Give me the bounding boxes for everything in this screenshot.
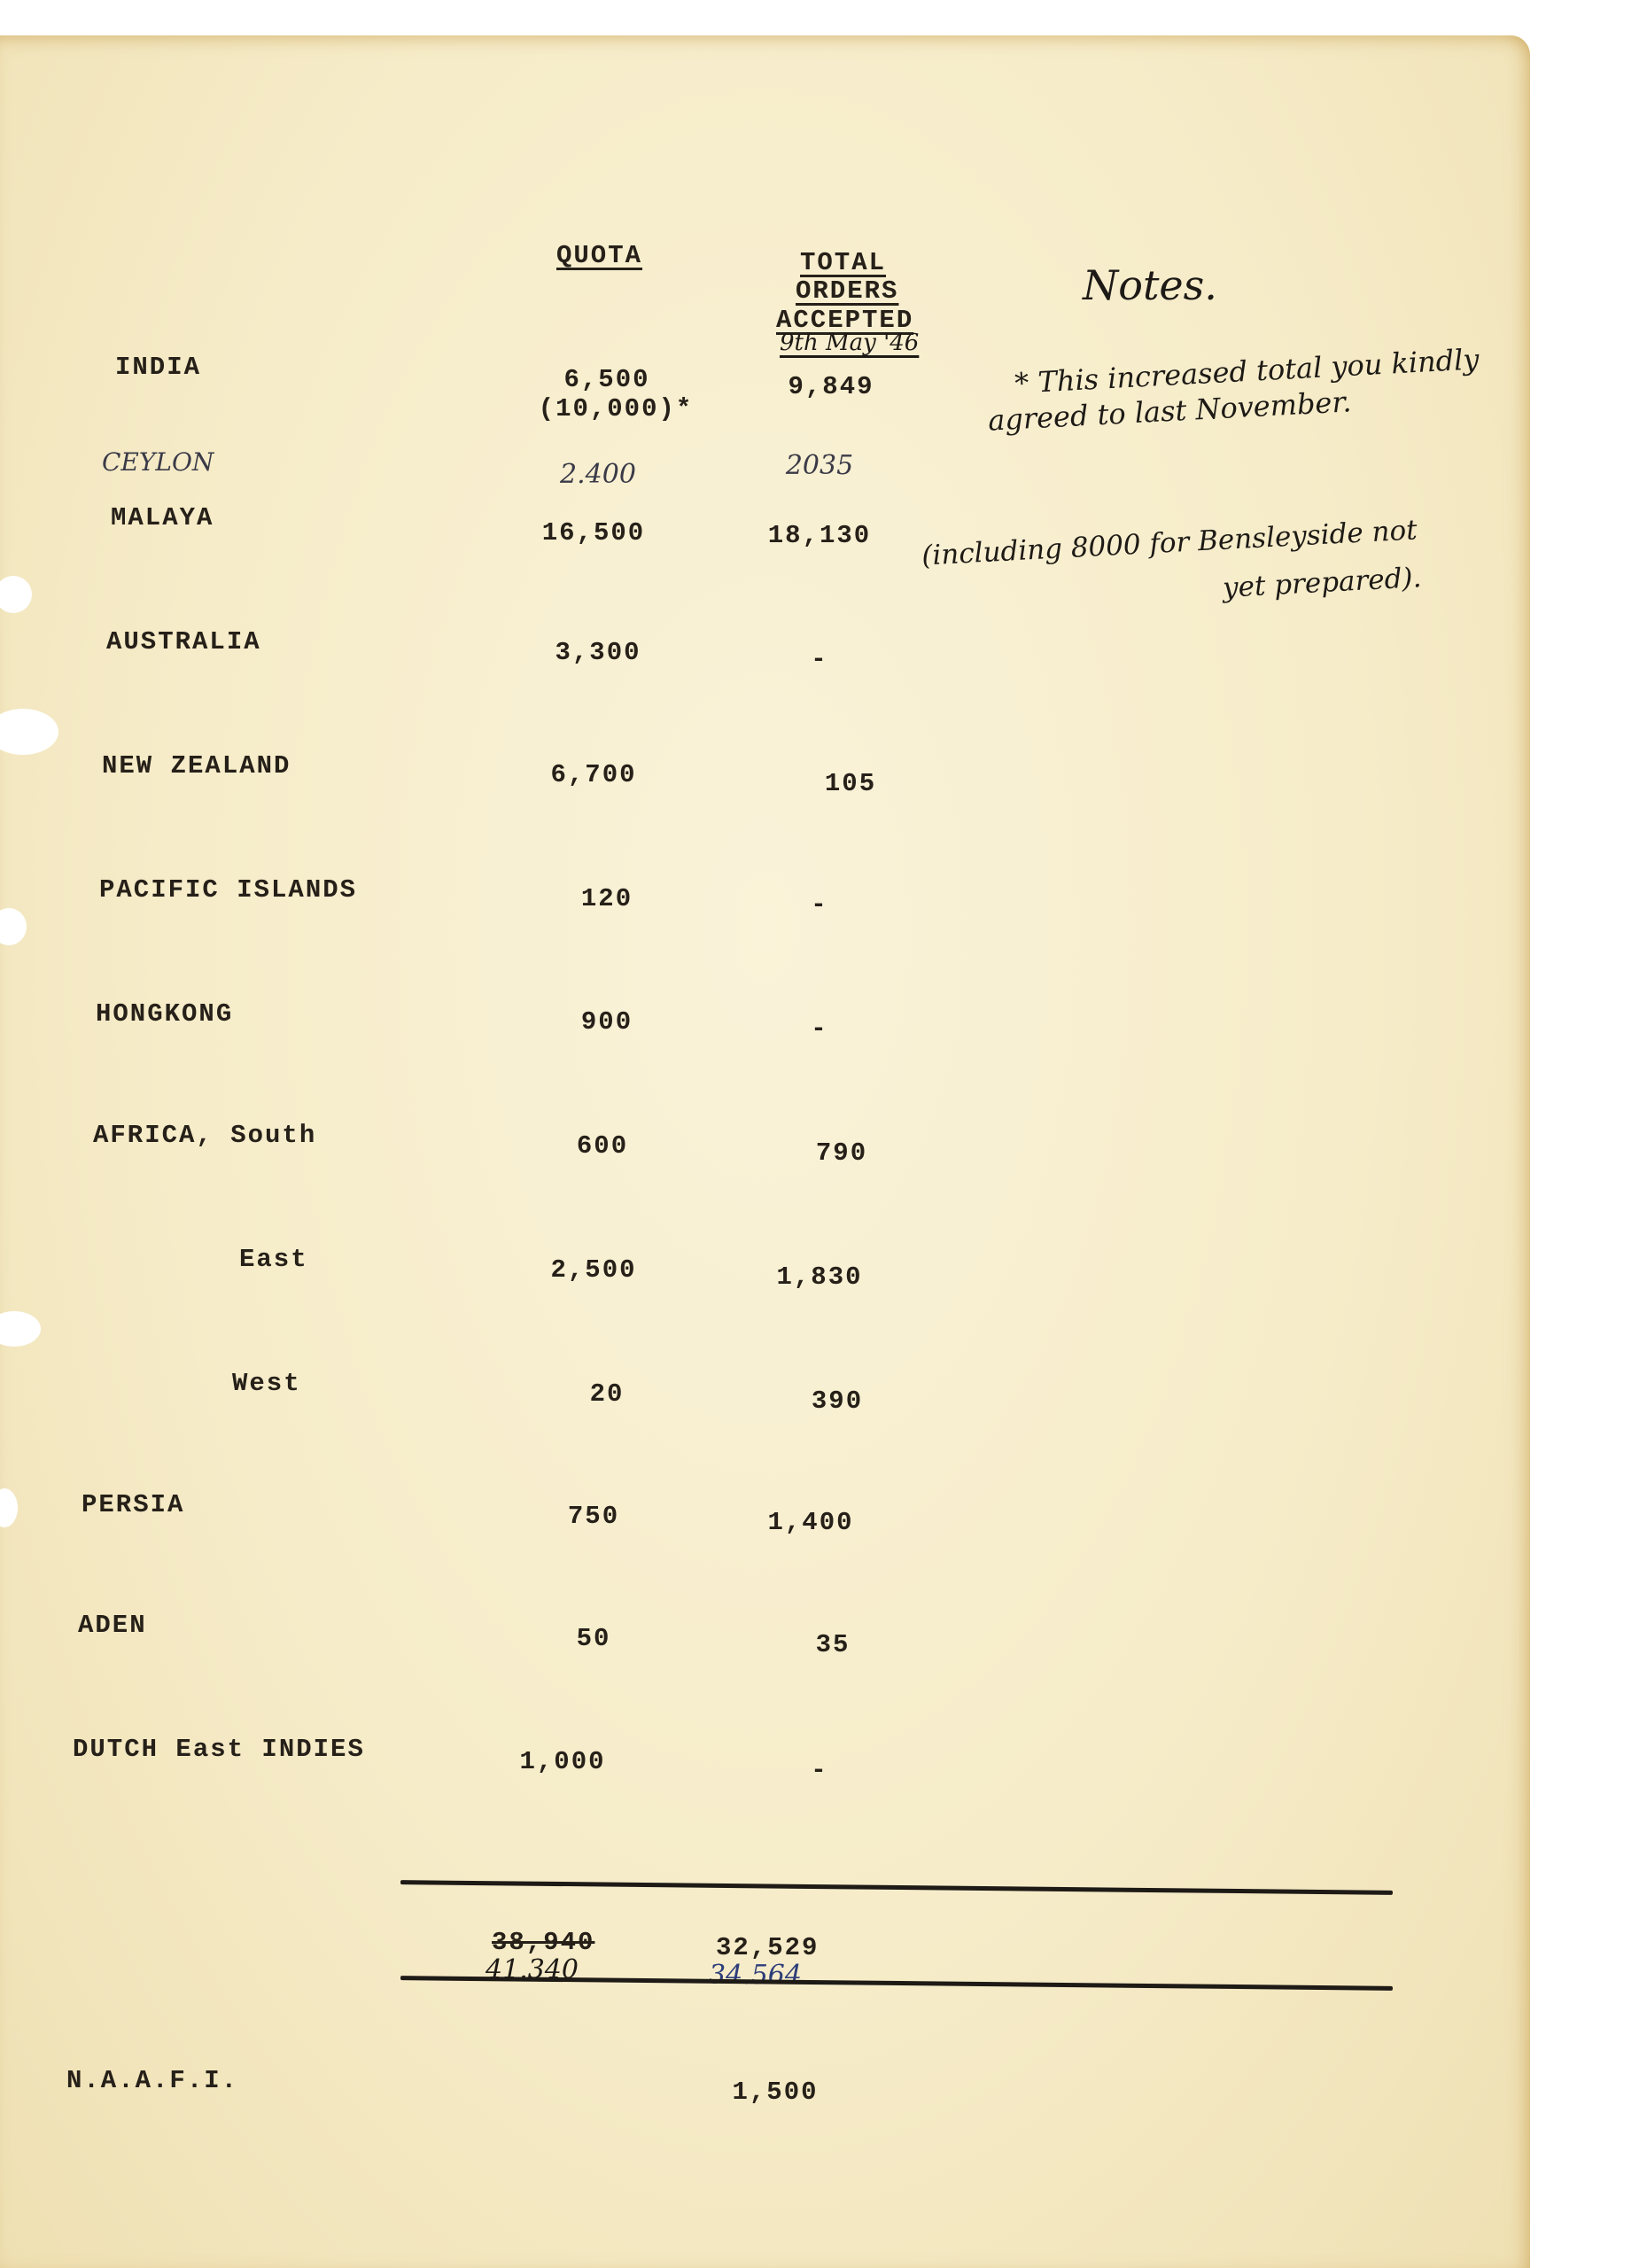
notes-heading: Notes. [1083,261,1217,309]
row-label-pacific-islands: PACIFIC ISLANDS [99,875,357,905]
row-label-hongkong: HONGKONG [96,999,233,1029]
row-label-africa-east: East [239,1245,308,1274]
row-quota-malaya: 16,500 [496,518,691,548]
row-orders-malaya: 18,130 [722,521,917,550]
row-label-dutch-east-indies: DUTCH East INDIES [73,1735,365,1764]
punch-hole [0,908,27,945]
row-quota-australia: 3,300 [501,638,695,667]
row-orders-africa-south: 790 [744,1138,939,1168]
row-label-ceylon: CEYLON [102,447,214,477]
naafi-label: N.A.A.F.I. [66,2066,238,2095]
row-orders-hongkong: - [722,1014,917,1044]
row-quota-hongkong: 900 [509,1007,704,1037]
naafi-orders: 1,500 [678,2078,873,2107]
row-quota-dutch-east-indies: 1,000 [465,1747,660,1776]
row-orders-india: 9,849 [734,372,928,401]
row-quota-india: 6,500 [509,365,704,394]
row-orders-africa-west: 390 [740,1386,935,1416]
row-orders-dutch-east-indies: - [722,1756,917,1785]
row-quota-africa-west: 20 [509,1379,704,1409]
row-label-persia: PERSIA [82,1490,184,1519]
row-label-australia: AUSTRALIA [106,627,261,656]
row-orders-pacific-islands: - [722,890,917,920]
row-label-africa-west: West [232,1369,301,1398]
row-orders-aden: 35 [735,1630,930,1659]
row-quota-alt-india: (10,000)* [518,394,713,423]
total-orders-revised: 34.564. [709,1960,811,1991]
row-label-aden: ADEN [78,1611,147,1640]
quota-header: QUOTA [556,241,642,270]
row-orders-persia: 1,400 [713,1508,908,1537]
row-label-india: INDIA [115,353,201,382]
row-label-new-zealand: NEW ZEALAND [102,751,291,781]
orders-header-line1: TOTAL [800,248,886,277]
row-orders-new-zealand: 105 [753,769,948,798]
row-orders-australia: - [722,645,917,674]
row-quota-ceylon: 2.400 [501,459,695,490]
punch-hole [0,709,58,755]
orders-header-date: 9th May '46 [780,330,919,356]
row-quota-pacific-islands: 120 [509,884,704,913]
row-quota-africa-east: 2,500 [496,1255,691,1285]
punch-hole [0,1488,18,1527]
row-quota-new-zealand: 6,700 [496,760,691,789]
row-quota-africa-south: 600 [505,1131,700,1161]
row-quota-persia: 750 [496,1502,691,1531]
total-orders-typed: 32,529 [716,1933,819,1962]
row-quota-aden: 50 [496,1624,691,1653]
row-orders-africa-east: 1,830 [722,1262,917,1292]
punch-hole [0,1311,41,1347]
orders-header-line2: ORDERS [796,276,898,306]
row-label-africa-south: AFRICA, South [93,1121,316,1150]
punch-hole [0,576,32,613]
total-quota-struck: 38,940 [492,1928,594,1957]
row-orders-ceylon: 2035 [722,450,917,481]
row-label-malaya: MALAYA [111,503,214,532]
